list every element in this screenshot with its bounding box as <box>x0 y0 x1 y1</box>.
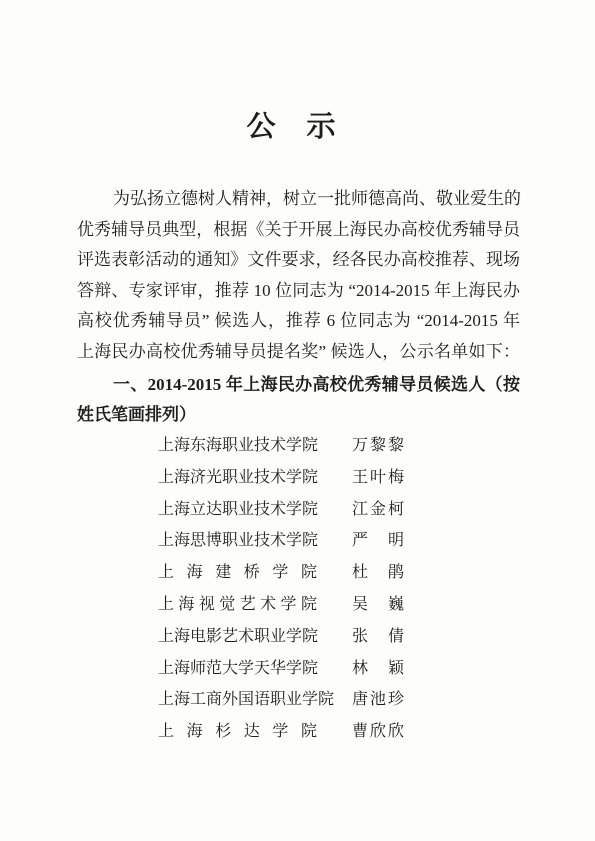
scanned-document-page: 公 示 为弘扬立德树人精神，树立一批师德高尚、敬业爱生的 优秀辅导员典型，根据《… <box>0 0 595 841</box>
candidate-row: 上海师范大学天华学院林 颖 <box>158 653 558 685</box>
institution-name: 上海建桥学院 <box>158 557 317 589</box>
candidate-row: 上海思博职业技术学院严 明 <box>158 525 558 557</box>
candidate-row: 上海建桥学院杜 鹃 <box>158 557 558 589</box>
candidate-name: 唐池珍 <box>352 684 404 716</box>
candidate-row: 上海立达职业技术学院江金柯 <box>158 494 558 526</box>
candidate-name: 吴 巍 <box>352 589 404 621</box>
institution-name: 上海视觉艺术学院 <box>158 589 317 621</box>
announcement-paragraph: 为弘扬立德树人精神，树立一批师德高尚、敬业爱生的 优秀辅导员典型，根据《关于开展… <box>77 184 520 368</box>
candidate-name: 万黎黎 <box>352 430 404 462</box>
candidate-name: 曹欣欣 <box>352 716 404 748</box>
section-heading-line: 姓氏笔画排列） <box>77 400 520 430</box>
institution-name: 上海杉达学院 <box>158 716 317 748</box>
paragraph-line: 高校优秀辅导员” 候选人，推荐 6 位同志为 “2014-2015 年 <box>77 306 520 337</box>
candidate-row: 上海东海职业技术学院万黎黎 <box>158 430 558 462</box>
candidate-name: 张 倩 <box>352 621 404 653</box>
institution-name: 上海济光职业技术学院 <box>158 462 317 494</box>
candidate-row: 上海工商外国语职业学院唐池珍 <box>158 684 558 716</box>
candidate-name: 王叶梅 <box>352 462 404 494</box>
candidate-row: 上海杉达学院曹欣欣 <box>158 716 558 748</box>
document-title: 公 示 <box>77 104 520 145</box>
institution-name: 上海思博职业技术学院 <box>158 525 317 557</box>
section-heading-line: 一、2014-2015 年上海民办高校优秀辅导员候选人（按 <box>77 370 520 400</box>
institution-name: 上海东海职业技术学院 <box>158 430 317 462</box>
candidate-row: 上海电影艺术职业学院张 倩 <box>158 621 558 653</box>
candidate-row: 上海济光职业技术学院王叶梅 <box>158 462 558 494</box>
paragraph-line: 上海民办高校优秀辅导员提名奖” 候选人，公示名单如下： <box>77 337 520 368</box>
paragraph-line: 为弘扬立德树人精神，树立一批师德高尚、敬业爱生的 <box>77 184 520 215</box>
institution-name: 上海电影艺术职业学院 <box>158 621 317 653</box>
candidate-row: 上海视觉艺术学院吴 巍 <box>158 589 558 621</box>
paragraph-line: 答辩、专家评审，推荐 10 位同志为 “2014-2015 年上海民办 <box>77 276 520 307</box>
institution-name: 上海立达职业技术学院 <box>158 494 317 526</box>
paragraph-line: 优秀辅导员典型，根据《关于开展上海民办高校优秀辅导员 <box>77 215 520 246</box>
candidate-name: 严 明 <box>352 525 404 557</box>
paragraph-line: 评选表彰活动的通知》文件要求，经各民办高校推荐、现场 <box>77 245 520 276</box>
candidate-list: 上海东海职业技术学院万黎黎 上海济光职业技术学院王叶梅 上海立达职业技术学院江金… <box>158 430 558 748</box>
candidate-name: 林 颖 <box>352 653 404 685</box>
candidate-name: 江金柯 <box>352 494 404 526</box>
institution-name: 上海师范大学天华学院 <box>158 653 317 685</box>
section-heading: 一、2014-2015 年上海民办高校优秀辅导员候选人（按 姓氏笔画排列） <box>77 370 520 431</box>
candidate-name: 杜 鹃 <box>352 557 404 589</box>
institution-name: 上海工商外国语职业学院 <box>158 684 317 716</box>
